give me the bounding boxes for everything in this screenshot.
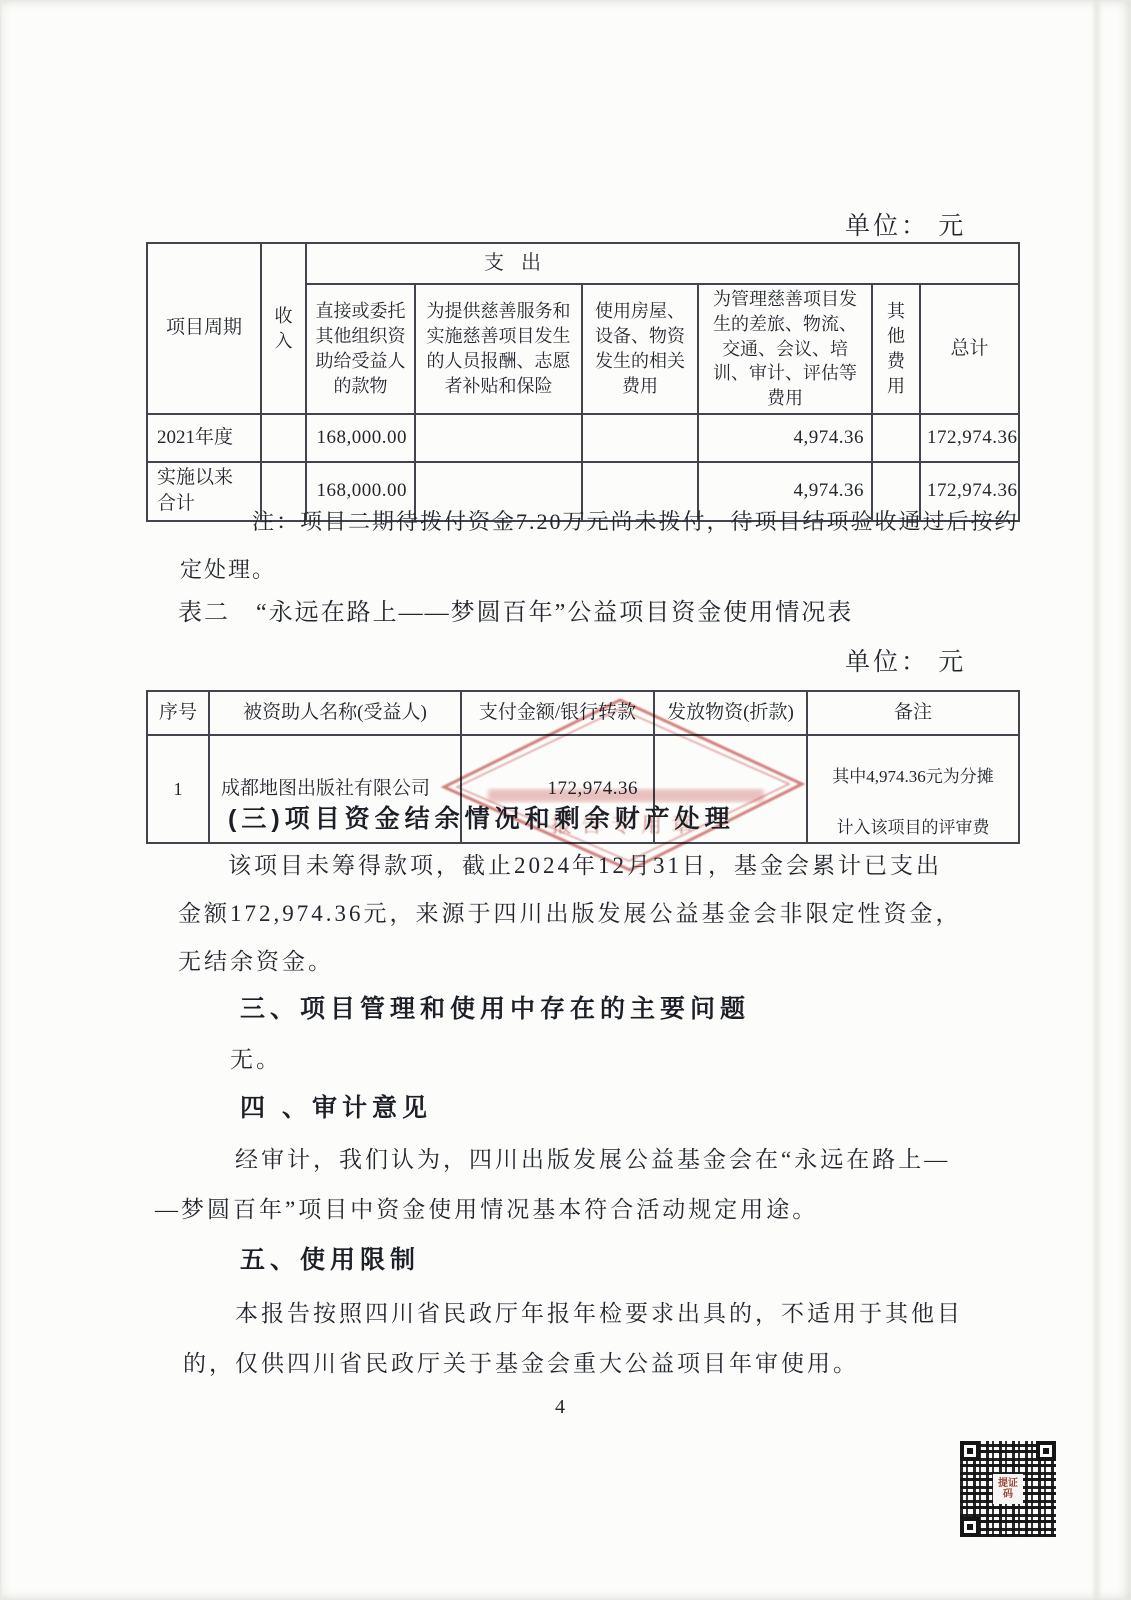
premises-cell bbox=[582, 414, 698, 462]
col-header-direct-aid: 直接或委托其他组织资助给受益人的款物 bbox=[306, 284, 415, 414]
page-number: 4 bbox=[536, 1396, 584, 1419]
note-line-2: 定处理。 bbox=[180, 553, 276, 584]
para-none: 无。 bbox=[230, 1041, 282, 1074]
period-cell: 2021年度 bbox=[147, 414, 261, 462]
note-line-1: 注：项目二期待拨付资金7.20万元尚未拨付，待项目结项验收通过后按约 bbox=[252, 505, 1019, 536]
qr-finder-top-right bbox=[1036, 1441, 1056, 1461]
para4-line2: —梦圆百年”项目中资金使用情况基本符合活动规定用途。 bbox=[155, 1191, 818, 1224]
unit-label-table1: 单位： 元 bbox=[845, 206, 966, 242]
table-row-2021: 2021年度 168,000.00 4,974.36 172,974.36 bbox=[147, 414, 1019, 462]
qr-code: 提证码 bbox=[960, 1441, 1056, 1537]
col-header-premises: 使用房屋、设备、物资发生的相关费用 bbox=[582, 284, 698, 414]
period-cell: 实施以来 合计 bbox=[147, 462, 261, 520]
para3-line3: 无结余资金。 bbox=[178, 943, 334, 976]
remark-line-2: 计入该项目的评审费 bbox=[837, 818, 990, 837]
col-header-other: 其他费用 bbox=[872, 284, 920, 414]
section-four-heading: 四 、审计意见 bbox=[240, 1088, 432, 1124]
section-five-heading: 五、使用限制 bbox=[240, 1240, 420, 1276]
col-header-total: 总计 bbox=[920, 284, 1019, 414]
para4-line1: 经审计，我们认为，四川出版发展公益基金会在“永远在路上— bbox=[235, 1141, 950, 1174]
para5-line2: 的，仅供四川省民政厅关于基金会重大公益项目年审使用。 bbox=[183, 1345, 859, 1378]
project-funds-table: 项目周期 收 入 支 出 直接或委托其他组织资助给受益人的款物 为提供慈善服务和… bbox=[146, 242, 1020, 522]
para3-line1: 该项目未筹得款项，截止2024年12月31日，基金会累计已支出 bbox=[228, 847, 942, 880]
col-header-payment: 支付金额/银行转款 bbox=[461, 691, 654, 735]
col-header-materials: 发放物资(折款) bbox=[654, 691, 807, 735]
section-three-heading: 三、项目管理和使用中存在的主要问题 bbox=[240, 989, 750, 1025]
remark-cell: 其中4,974.36元为分摊 计入该项目的评审费 bbox=[807, 735, 1019, 843]
col-header-service-pay: 为提供慈善服务和实施慈善项目发生的人员报酬、志愿者补贴和保险 bbox=[415, 284, 582, 414]
qr-finder-bottom-left bbox=[960, 1517, 980, 1537]
qr-center-label: 提证码 bbox=[993, 1474, 1023, 1504]
col-header-remark: 备注 bbox=[807, 691, 1019, 735]
table2-title: 表二 “永远在路上——梦圆百年”公益项目资金使用情况表 bbox=[178, 592, 853, 627]
scan-edge-artifact bbox=[1091, 0, 1103, 1600]
qr-finder-top-left bbox=[960, 1441, 980, 1461]
income-cell bbox=[261, 414, 306, 462]
section3-heading: (三)项目资金结余情况和剩余财产处理 bbox=[228, 799, 735, 835]
col-header-index: 序号 bbox=[147, 691, 209, 735]
scanned-report-page: 单位： 元 项目周期 收 入 支 出 直接或委托其他组织资助给受益人的款物 为提… bbox=[0, 0, 1131, 1600]
service-pay-cell bbox=[415, 414, 582, 462]
remark-line-1: 其中4,974.36元为分摊 bbox=[832, 767, 994, 786]
para3-line2: 金额172,974.36元，来源于四川出版发展公益基金会非限定性资金， bbox=[178, 895, 962, 928]
other-cell bbox=[872, 414, 920, 462]
col-header-management: 为管理慈善项目发生的差旅、物流、交通、会议、培训、审计、评估等费用 bbox=[698, 284, 872, 414]
col-header-income: 收 入 bbox=[261, 243, 306, 414]
col-header-period: 项目周期 bbox=[147, 243, 261, 414]
total-cell: 172,974.36 bbox=[920, 414, 1019, 462]
direct-aid-cell: 168,000.00 bbox=[306, 414, 415, 462]
management-cell: 4,974.36 bbox=[698, 414, 872, 462]
col-header-expenditure: 支 出 bbox=[306, 243, 1019, 284]
index-cell: 1 bbox=[147, 735, 209, 843]
para5-line1: 本报告按照四川省民政厅年报年检要求出具的，不适用于其他目 bbox=[235, 1295, 963, 1328]
col-header-beneficiary: 被资助人名称(受益人) bbox=[209, 691, 461, 735]
unit-label-table2: 单位： 元 bbox=[845, 642, 966, 678]
